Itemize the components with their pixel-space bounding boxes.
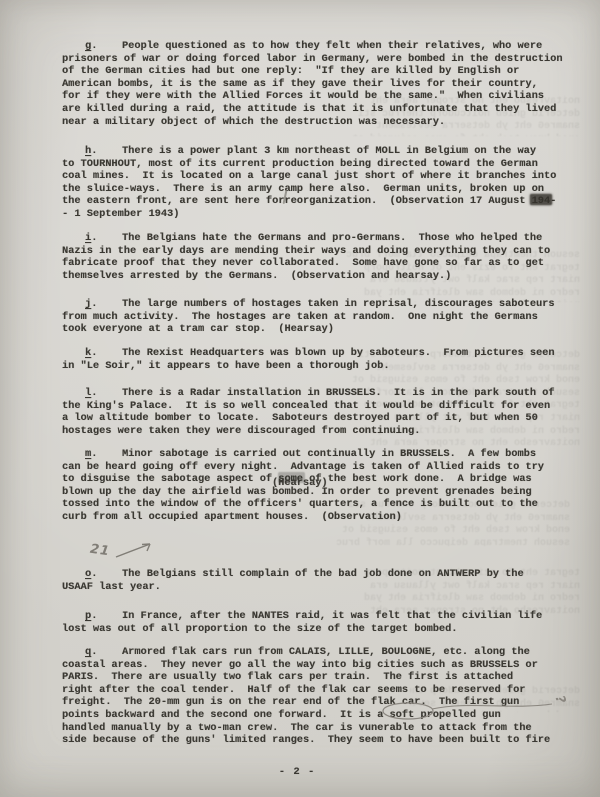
paragraph-j: j.The large numbers of hostages taken in… <box>62 298 584 336</box>
paragraph-letter: j. <box>85 298 122 311</box>
text-line: q.Armored flak cars run from CALAIS, LIL… <box>62 646 584 659</box>
paragraph-letter: k. <box>85 347 122 360</box>
paragraph-letter: o. <box>85 568 122 581</box>
bleedthrough-texture: sesuoh tnemtrapa deipucco lla morf bruc … <box>290 250 580 302</box>
text-line: the eastern front, are sent here forreor… <box>62 195 584 208</box>
text-line: g.People questioned as to how they felt … <box>62 40 584 53</box>
text-line: coastal areas. They never go all the way… <box>62 659 584 672</box>
pencil-number: 21 <box>89 542 111 560</box>
text-line: PARIS. There are usually two flak cars p… <box>62 671 584 684</box>
pencil-circle-annotation <box>380 698 580 726</box>
ink-blot <box>530 194 552 205</box>
page-number: - 2 - <box>0 766 594 778</box>
paragraph-letter: g. <box>85 40 122 53</box>
overstrike-smudge <box>278 472 305 483</box>
paragraph-letter: l. <box>85 387 122 400</box>
text-line: to TOURNHOUT, most of its current produc… <box>62 158 584 171</box>
paragraph-h: h.There is a power plant 3 km northeast … <box>62 145 584 221</box>
text-line: the sluice-ways. There is an army camp h… <box>62 183 584 196</box>
paragraph-letter: p. <box>85 610 122 623</box>
text-line: lost was out of all proportion to the si… <box>62 623 584 636</box>
text-line: coal mines. It is located on a large can… <box>62 170 584 183</box>
text-line: can be heard going off every night. Adva… <box>62 461 584 474</box>
text-line: took everyone at a tram car stop. (Hears… <box>62 323 584 336</box>
pencil-annotation: 21 <box>88 535 168 567</box>
bleedthrough-texture: tegrat eht fo ezis eht ot noitroporp nia… <box>290 568 580 618</box>
text-line: - 1 September 1943) <box>62 208 584 221</box>
text-line: of the German cities had but one reply: … <box>62 65 584 78</box>
paragraph-letter: i. <box>85 232 122 245</box>
paragraph-letter: m. <box>85 448 122 461</box>
text-line: i.The Belgians hate the Germans and pro-… <box>62 232 584 245</box>
bleedthrough-texture: detcerid gnieb noitcudorp tnerruc sti sn… <box>300 350 580 450</box>
paragraph-letter: q. <box>85 646 122 659</box>
text-line: from much activity. The hostages are tak… <box>62 311 584 324</box>
text-line: prisoners of war or doing forced labor i… <box>62 53 584 66</box>
typewritten-text-layer: g.People questioned as to how they felt … <box>0 0 600 797</box>
text-line: side because of the guns' limited ranges… <box>62 734 584 747</box>
paragraph-letter: h. <box>85 145 122 158</box>
text-line: h.There is a power plant 3 km northeast … <box>62 145 584 158</box>
scanned-document-page: { "page": { "footer_page_number": "- 2 -… <box>0 0 600 797</box>
text-line: American bombs, it is the same as if the… <box>62 78 584 91</box>
bleedthrough-texture: noitavresbo eht no stroper aera eht detc… <box>280 96 580 136</box>
